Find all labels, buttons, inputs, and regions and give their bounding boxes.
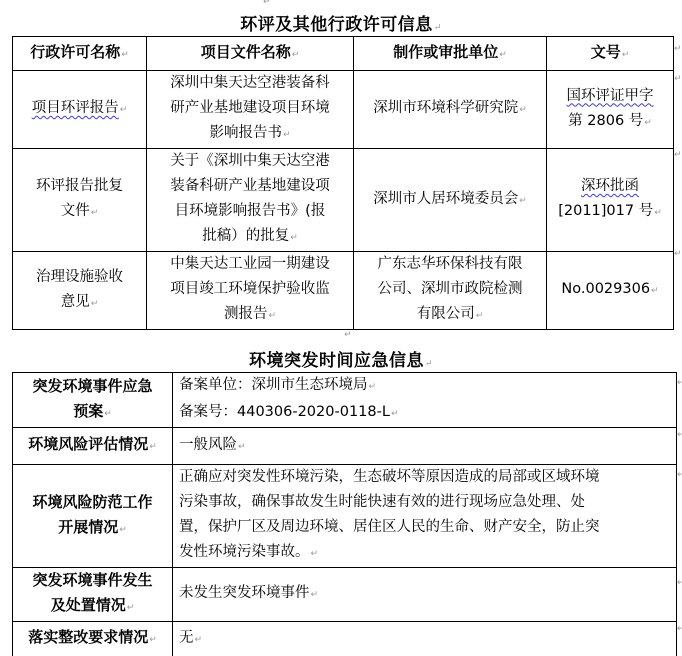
row-end-mark: ↵: [677, 470, 682, 480]
table-header-row: 行政许可名称↵ 项目文件名称↵ 制作或审批单位↵ 文号↵: [13, 37, 674, 71]
section-title-text: 环评及其他行政许可信息: [240, 15, 433, 35]
permit-name-cell: 环评报告批复 文件↵: [13, 149, 147, 252]
issuing-unit-cell: 深圳市环境科学研究院↵: [354, 71, 547, 149]
permits-table: 行政许可名称↵ 项目文件名称↵ 制作或审批单位↵ 文号↵ 项目环评报告↵ 深圳中…: [12, 36, 674, 330]
document-number-cell: 国环评证甲字 第 2806 号↵: [547, 71, 674, 149]
table-row: 环评报告批复 文件↵ 关于《深圳中集天达空港 装备科研产业基地建设项 目环境影响…: [13, 149, 674, 252]
issuing-unit-cell: 广东志华环保科技有限 公司、深圳市政院检测 有限公司↵: [354, 252, 547, 330]
emergency-table: 突发环境事件应急 预案↵ 备案单位：深圳市生态环境局↵ 备案号：440306-2…: [12, 372, 677, 656]
row-label: 环境风险评估情况↵: [13, 428, 173, 465]
issuing-unit-cell: 深圳市人居环境委员会↵: [354, 149, 547, 252]
row-end-mark: ↵: [677, 378, 682, 388]
file-name-cell: 中集天达工业园一期建设 项目竣工环境保护验收监 测报告↵: [147, 252, 354, 330]
document-number-cell: 深环批函 [2011]017 号↵: [547, 149, 674, 252]
permit-name-cell: 项目环评报告↵: [13, 71, 147, 149]
row-end-mark: ↵: [674, 150, 682, 160]
row-value: 无↵: [173, 622, 677, 656]
row-end-mark: ↵: [677, 624, 682, 634]
table-row: 项目环评报告↵ 深圳中集天达空港装备科 研产业基地建设项目环境 影响报告书↵ 深…: [13, 71, 674, 149]
paragraph-mark: ↵: [344, 330, 352, 340]
section-title-permits: 环评及其他行政许可信息↵: [0, 10, 682, 35]
file-name-cell: 深圳中集天达空港装备科 研产业基地建设项目环境 影响报告书↵: [147, 71, 354, 149]
paragraph-mark: ↵: [263, 0, 271, 7]
row-label: 落实整改要求情况↵: [13, 622, 173, 656]
column-header: 制作或审批单位↵: [354, 37, 547, 71]
column-header: 行政许可名称↵: [13, 37, 147, 71]
row-label: 环境风险防范工作 开展情况↵: [13, 465, 173, 568]
paragraph-mark: ↵: [434, 23, 442, 33]
row-end-mark: ↵: [677, 430, 682, 440]
table-row: 突发环境事件应急 预案↵ 备案单位：深圳市生态环境局↵ 备案号：440306-2…: [13, 373, 677, 428]
table-row: 落实整改要求情况↵ 无↵: [13, 622, 677, 656]
table-row: 治理设施验收 意见↵ 中集天达工业园一期建设 项目竣工环境保护验收监 测报告↵ …: [13, 252, 674, 330]
table-row: 环境风险防范工作 开展情况↵ 正确应对突发性环境污染，生态破坏等原因造成的局部或…: [13, 465, 677, 568]
row-value: 未发生突发环境事件↵: [173, 568, 677, 622]
row-end-mark: ↵: [674, 44, 682, 54]
paragraph-mark: ↵: [425, 359, 433, 369]
column-header: 文号↵: [547, 37, 674, 71]
row-value: 正确应对突发性环境污染，生态破坏等原因造成的局部或区域环境 污染事故，确保事故发…: [173, 465, 677, 568]
row-end-mark: ↵: [674, 249, 682, 259]
row-label: 突发环境事件发生 及处置情况↵: [13, 568, 173, 622]
table-row: 突发环境事件发生 及处置情况↵ 未发生突发环境事件↵: [13, 568, 677, 622]
row-label: 突发环境事件应急 预案↵: [13, 373, 173, 428]
row-value: 一般风险↵: [173, 428, 677, 465]
row-value: 备案单位：深圳市生态环境局↵ 备案号：440306-2020-0118-L↵: [173, 373, 677, 428]
table-row: 环境风险评估情况↵ 一般风险↵: [13, 428, 677, 465]
row-end-mark: ↵: [674, 74, 682, 84]
document-number-cell: No.0029306↵: [547, 252, 674, 330]
file-name-cell: 关于《深圳中集天达空港 装备科研产业基地建设项 目环境影响报告书》(报 批稿）的…: [147, 149, 354, 252]
column-header: 项目文件名称↵: [147, 37, 354, 71]
permit-name-cell: 治理设施验收 意见↵: [13, 252, 147, 330]
row-end-mark: ↵: [677, 578, 682, 588]
section-title-text: 环境突发时间应急信息: [249, 351, 424, 371]
section-title-emergency: 环境突发时间应急信息↵: [0, 346, 682, 371]
